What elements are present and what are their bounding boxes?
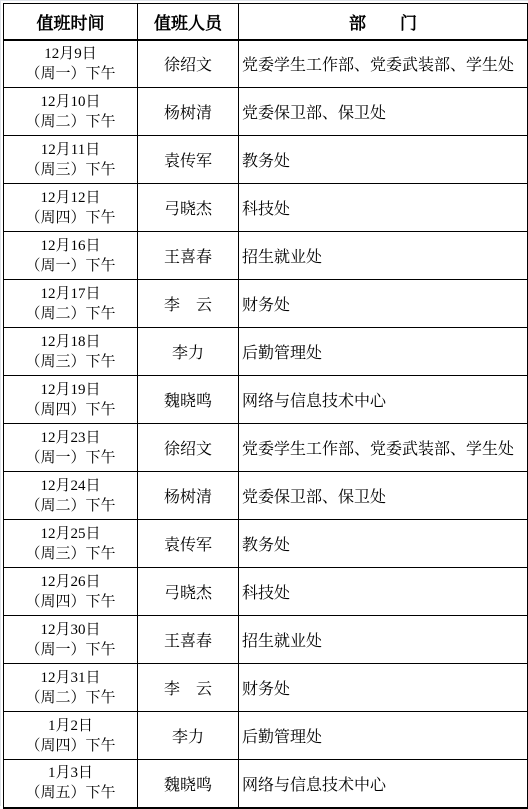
department-cell: 党委保卫部、保卫处 [239, 472, 528, 520]
table-row: 12月31日 （周二）下午 李 云 财务处 [4, 664, 528, 712]
duty-time-cell: 1月3日 （周五）下午 [4, 760, 138, 808]
duty-person-cell: 李力 [138, 712, 239, 760]
duty-time-cell: 12月25日 （周三）下午 [4, 520, 138, 568]
table-row: 12月25日 （周三）下午 袁传军 教务处 [4, 520, 528, 568]
header-department: 部 门 [239, 4, 528, 40]
department-cell: 党委学生工作部、党委武装部、学生处 [239, 424, 528, 472]
duty-time-cell: 12月19日 （周四）下午 [4, 376, 138, 424]
header-row: 值班时间 值班人员 部 门 [4, 4, 528, 40]
duty-date: 12月25日 [4, 524, 137, 544]
duty-time-cell: 12月11日 （周三）下午 [4, 136, 138, 184]
table-row: 12月26日 （周四）下午 弓晓杰 科技处 [4, 568, 528, 616]
duty-weekday: （周四）下午 [4, 208, 137, 228]
duty-weekday: （周一）下午 [4, 640, 137, 660]
department-cell: 后勤管理处 [239, 712, 528, 760]
duty-person-cell: 魏晓鸣 [138, 760, 239, 808]
duty-time-cell: 12月16日 （周一）下午 [4, 232, 138, 280]
department-cell: 网络与信息技术中心 [239, 376, 528, 424]
table-row: 12月17日 （周二）下午 李 云 财务处 [4, 280, 528, 328]
department-cell: 党委学生工作部、党委武装部、学生处 [239, 40, 528, 88]
duty-time-cell: 12月30日 （周一）下午 [4, 616, 138, 664]
duty-person-cell: 李力 [138, 328, 239, 376]
duty-time-cell: 12月23日 （周一）下午 [4, 424, 138, 472]
duty-time-cell: 12月26日 （周四）下午 [4, 568, 138, 616]
duty-time-cell: 1月2日 （周四）下午 [4, 712, 138, 760]
duty-weekday: （周二）下午 [4, 496, 137, 516]
duty-schedule-table: 值班时间 值班人员 部 门 12月9日 （周一）下午 徐绍文 党委学生工作部、党… [3, 3, 528, 809]
duty-person-cell: 徐绍文 [138, 40, 239, 88]
duty-weekday: （周四）下午 [4, 736, 137, 756]
duty-date: 12月23日 [4, 428, 137, 448]
duty-weekday: （周一）下午 [4, 64, 137, 84]
department-cell: 招生就业处 [239, 232, 528, 280]
table-row: 1月2日 （周四）下午 李力 后勤管理处 [4, 712, 528, 760]
duty-time-cell: 12月18日 （周三）下午 [4, 328, 138, 376]
duty-time-cell: 12月31日 （周二）下午 [4, 664, 138, 712]
duty-date: 12月31日 [4, 668, 137, 688]
duty-time-cell: 12月12日 （周四）下午 [4, 184, 138, 232]
duty-person-cell: 魏晓鸣 [138, 376, 239, 424]
department-cell: 财务处 [239, 280, 528, 328]
duty-person-cell: 王喜春 [138, 232, 239, 280]
duty-weekday: （周二）下午 [4, 304, 137, 324]
duty-date: 1月2日 [4, 716, 137, 736]
duty-weekday: （周三）下午 [4, 160, 137, 180]
header-duty-person: 值班人员 [138, 4, 239, 40]
duty-weekday: （周三）下午 [4, 544, 137, 564]
duty-date: 12月19日 [4, 380, 137, 400]
table-row: 12月23日 （周一）下午 徐绍文 党委学生工作部、党委武装部、学生处 [4, 424, 528, 472]
department-cell: 科技处 [239, 184, 528, 232]
duty-date: 12月18日 [4, 332, 137, 352]
duty-weekday: （周四）下午 [4, 400, 137, 420]
duty-weekday: （周四）下午 [4, 592, 137, 612]
table-row: 1月3日 （周五）下午 魏晓鸣 网络与信息技术中心 [4, 760, 528, 808]
table-row: 12月10日 （周二）下午 杨树清 党委保卫部、保卫处 [4, 88, 528, 136]
duty-time-cell: 12月17日 （周二）下午 [4, 280, 138, 328]
department-cell: 招生就业处 [239, 616, 528, 664]
duty-time-cell: 12月9日 （周一）下午 [4, 40, 138, 88]
duty-weekday: （周二）下午 [4, 112, 137, 132]
table-row: 12月9日 （周一）下午 徐绍文 党委学生工作部、党委武装部、学生处 [4, 40, 528, 88]
table-row: 12月18日 （周三）下午 李力 后勤管理处 [4, 328, 528, 376]
duty-date: 12月12日 [4, 188, 137, 208]
department-cell: 党委保卫部、保卫处 [239, 88, 528, 136]
duty-weekday: （周三）下午 [4, 352, 137, 372]
table-row: 12月24日 （周二）下午 杨树清 党委保卫部、保卫处 [4, 472, 528, 520]
duty-date: 12月24日 [4, 476, 137, 496]
duty-weekday: （周五）下午 [4, 783, 137, 803]
duty-date: 12月30日 [4, 620, 137, 640]
duty-person-cell: 弓晓杰 [138, 568, 239, 616]
duty-person-cell: 袁传军 [138, 136, 239, 184]
duty-person-cell: 李 云 [138, 664, 239, 712]
department-cell: 财务处 [239, 664, 528, 712]
duty-weekday: （周一）下午 [4, 448, 137, 468]
duty-date: 12月9日 [4, 44, 137, 64]
duty-weekday: （周二）下午 [4, 688, 137, 708]
duty-date: 12月10日 [4, 92, 137, 112]
table-row: 12月30日 （周一）下午 王喜春 招生就业处 [4, 616, 528, 664]
department-cell: 网络与信息技术中心 [239, 760, 528, 808]
duty-person-cell: 杨树清 [138, 88, 239, 136]
duty-date: 12月17日 [4, 284, 137, 304]
table-row: 12月12日 （周四）下午 弓晓杰 科技处 [4, 184, 528, 232]
duty-person-cell: 李 云 [138, 280, 239, 328]
department-cell: 教务处 [239, 520, 528, 568]
header-duty-time: 值班时间 [4, 4, 138, 40]
department-cell: 后勤管理处 [239, 328, 528, 376]
duty-date: 12月16日 [4, 236, 137, 256]
duty-person-cell: 徐绍文 [138, 424, 239, 472]
department-cell: 教务处 [239, 136, 528, 184]
duty-date: 12月26日 [4, 572, 137, 592]
duty-weekday: （周一）下午 [4, 256, 137, 276]
duty-person-cell: 弓晓杰 [138, 184, 239, 232]
duty-date: 12月11日 [4, 140, 137, 160]
duty-time-cell: 12月24日 （周二）下午 [4, 472, 138, 520]
table-row: 12月11日 （周三）下午 袁传军 教务处 [4, 136, 528, 184]
duty-time-cell: 12月10日 （周二）下午 [4, 88, 138, 136]
page: 值班时间 值班人员 部 门 12月9日 （周一）下午 徐绍文 党委学生工作部、党… [0, 0, 528, 806]
duty-person-cell: 王喜春 [138, 616, 239, 664]
table-row: 12月19日 （周四）下午 魏晓鸣 网络与信息技术中心 [4, 376, 528, 424]
duty-person-cell: 杨树清 [138, 472, 239, 520]
duty-date: 1月3日 [4, 763, 137, 783]
department-cell: 科技处 [239, 568, 528, 616]
table-row: 12月16日 （周一）下午 王喜春 招生就业处 [4, 232, 528, 280]
duty-person-cell: 袁传军 [138, 520, 239, 568]
